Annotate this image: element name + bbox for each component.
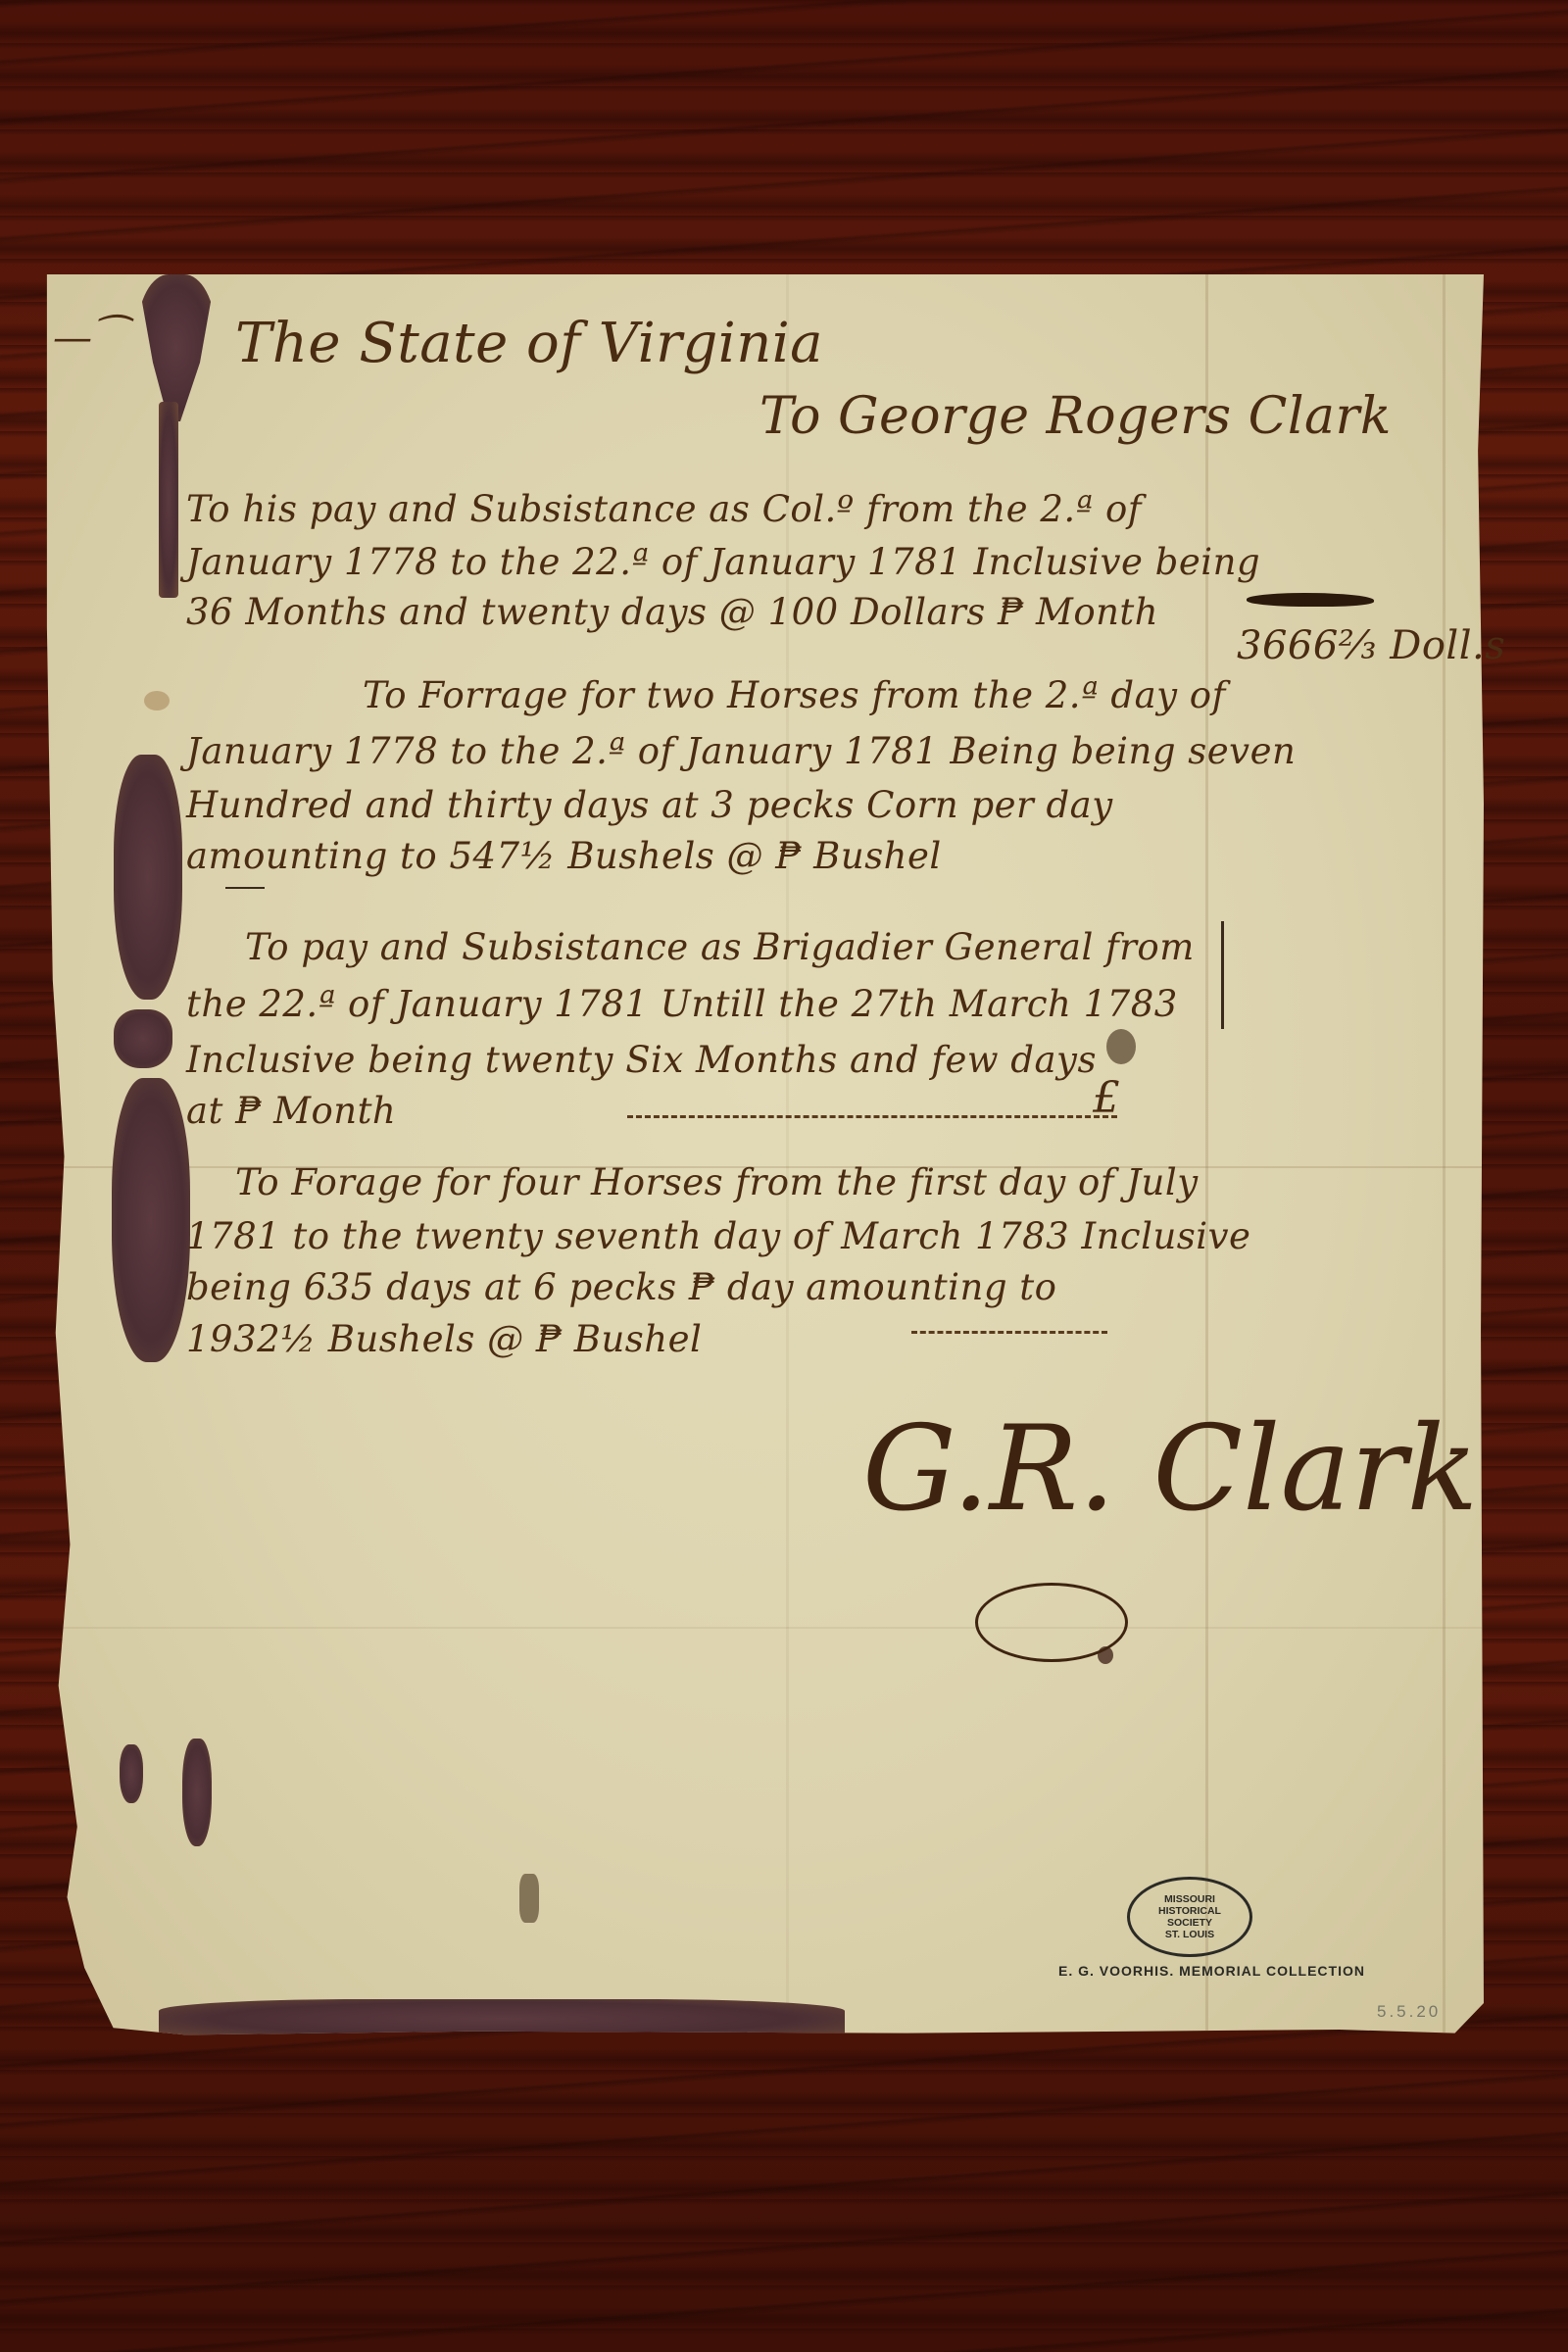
burn-damage <box>159 402 178 598</box>
ink-stain <box>144 691 170 710</box>
collection-label: E. G. VOORHIS. MEMORIAL COLLECTION <box>1058 1963 1365 1979</box>
entry-line: 36 Months and twenty days @ 100 Dollars … <box>186 591 1158 633</box>
fold-line <box>786 274 789 2038</box>
entry-line: January 1778 to the 2.ª of January 1781 … <box>186 730 1296 772</box>
dotted-leader <box>627 1115 1117 1118</box>
burn-damage <box>112 1078 190 1362</box>
ink-stroke <box>1247 593 1374 607</box>
stamp-line: SOCIETY <box>1167 1917 1212 1929</box>
fold-line <box>1205 274 1208 2038</box>
entry-line: To pay and Subsistance as Brigadier Gene… <box>245 926 1195 968</box>
burn-damage <box>120 1744 143 1803</box>
separator-stroke <box>225 887 265 889</box>
document-sheet <box>41 274 1484 2038</box>
entry-amount: £ <box>1093 1073 1121 1123</box>
signature-text: G.R. Clark <box>862 1401 1478 1538</box>
dotted-leader <box>911 1331 1107 1334</box>
entry-line: To Forrage for two Horses from the 2.ª d… <box>363 674 1226 716</box>
entry-line: the 22.ª of January 1781 Untill the 27th… <box>186 983 1178 1025</box>
entry-line: being 635 days at 6 pecks ₱ day amountin… <box>186 1266 1056 1308</box>
fold-line <box>41 1627 1484 1629</box>
addressee-line: To George Rogers Clark <box>759 387 1392 446</box>
entry-line: Inclusive being twenty Six Months and fe… <box>186 1039 1097 1081</box>
entry-line: January 1778 to the 22.ª of January 1781… <box>186 541 1260 583</box>
document-heading: The State of Virginia <box>235 312 823 375</box>
stamp-line: HISTORICAL <box>1158 1905 1221 1917</box>
margin-flourish: —⁀ <box>53 316 124 361</box>
burn-damage <box>114 1009 172 1068</box>
entry-line: To his pay and Subsistance as Col.º from… <box>186 488 1142 530</box>
stamp-line: ST. LOUIS <box>1165 1929 1214 1940</box>
entry-line: 1781 to the twenty seventh day of March … <box>186 1215 1250 1257</box>
entry-line: 1932½ Bushels @ ₱ Bushel <box>186 1318 702 1360</box>
entry-amount: 3666⅔ Doll.s <box>1237 623 1505 668</box>
entry-line: at ₱ Month <box>186 1090 396 1132</box>
burn-damage <box>114 755 182 1000</box>
entry-line: To Forage for four Horses from the first… <box>235 1161 1199 1203</box>
burn-damage <box>159 1999 845 2038</box>
ink-stain <box>1106 1029 1136 1064</box>
ink-stain <box>519 1874 539 1923</box>
signature-flourish <box>975 1583 1128 1662</box>
burn-damage <box>182 1739 212 1846</box>
missouri-historical-society-stamp: MISSOURI HISTORICAL SOCIETY ST. LOUIS <box>1127 1877 1252 1957</box>
entry-line: Hundred and thirty days at 3 pecks Corn … <box>186 784 1113 826</box>
entry-line: amounting to 547½ Bushels @ ₱ Bushel <box>186 835 942 877</box>
stamp-line: MISSOURI <box>1164 1893 1215 1905</box>
catalog-number: 5.5.20 <box>1377 2002 1441 2022</box>
fold-line <box>1443 274 1445 2038</box>
burn-damage <box>137 274 216 421</box>
column-rule <box>1221 921 1224 1029</box>
